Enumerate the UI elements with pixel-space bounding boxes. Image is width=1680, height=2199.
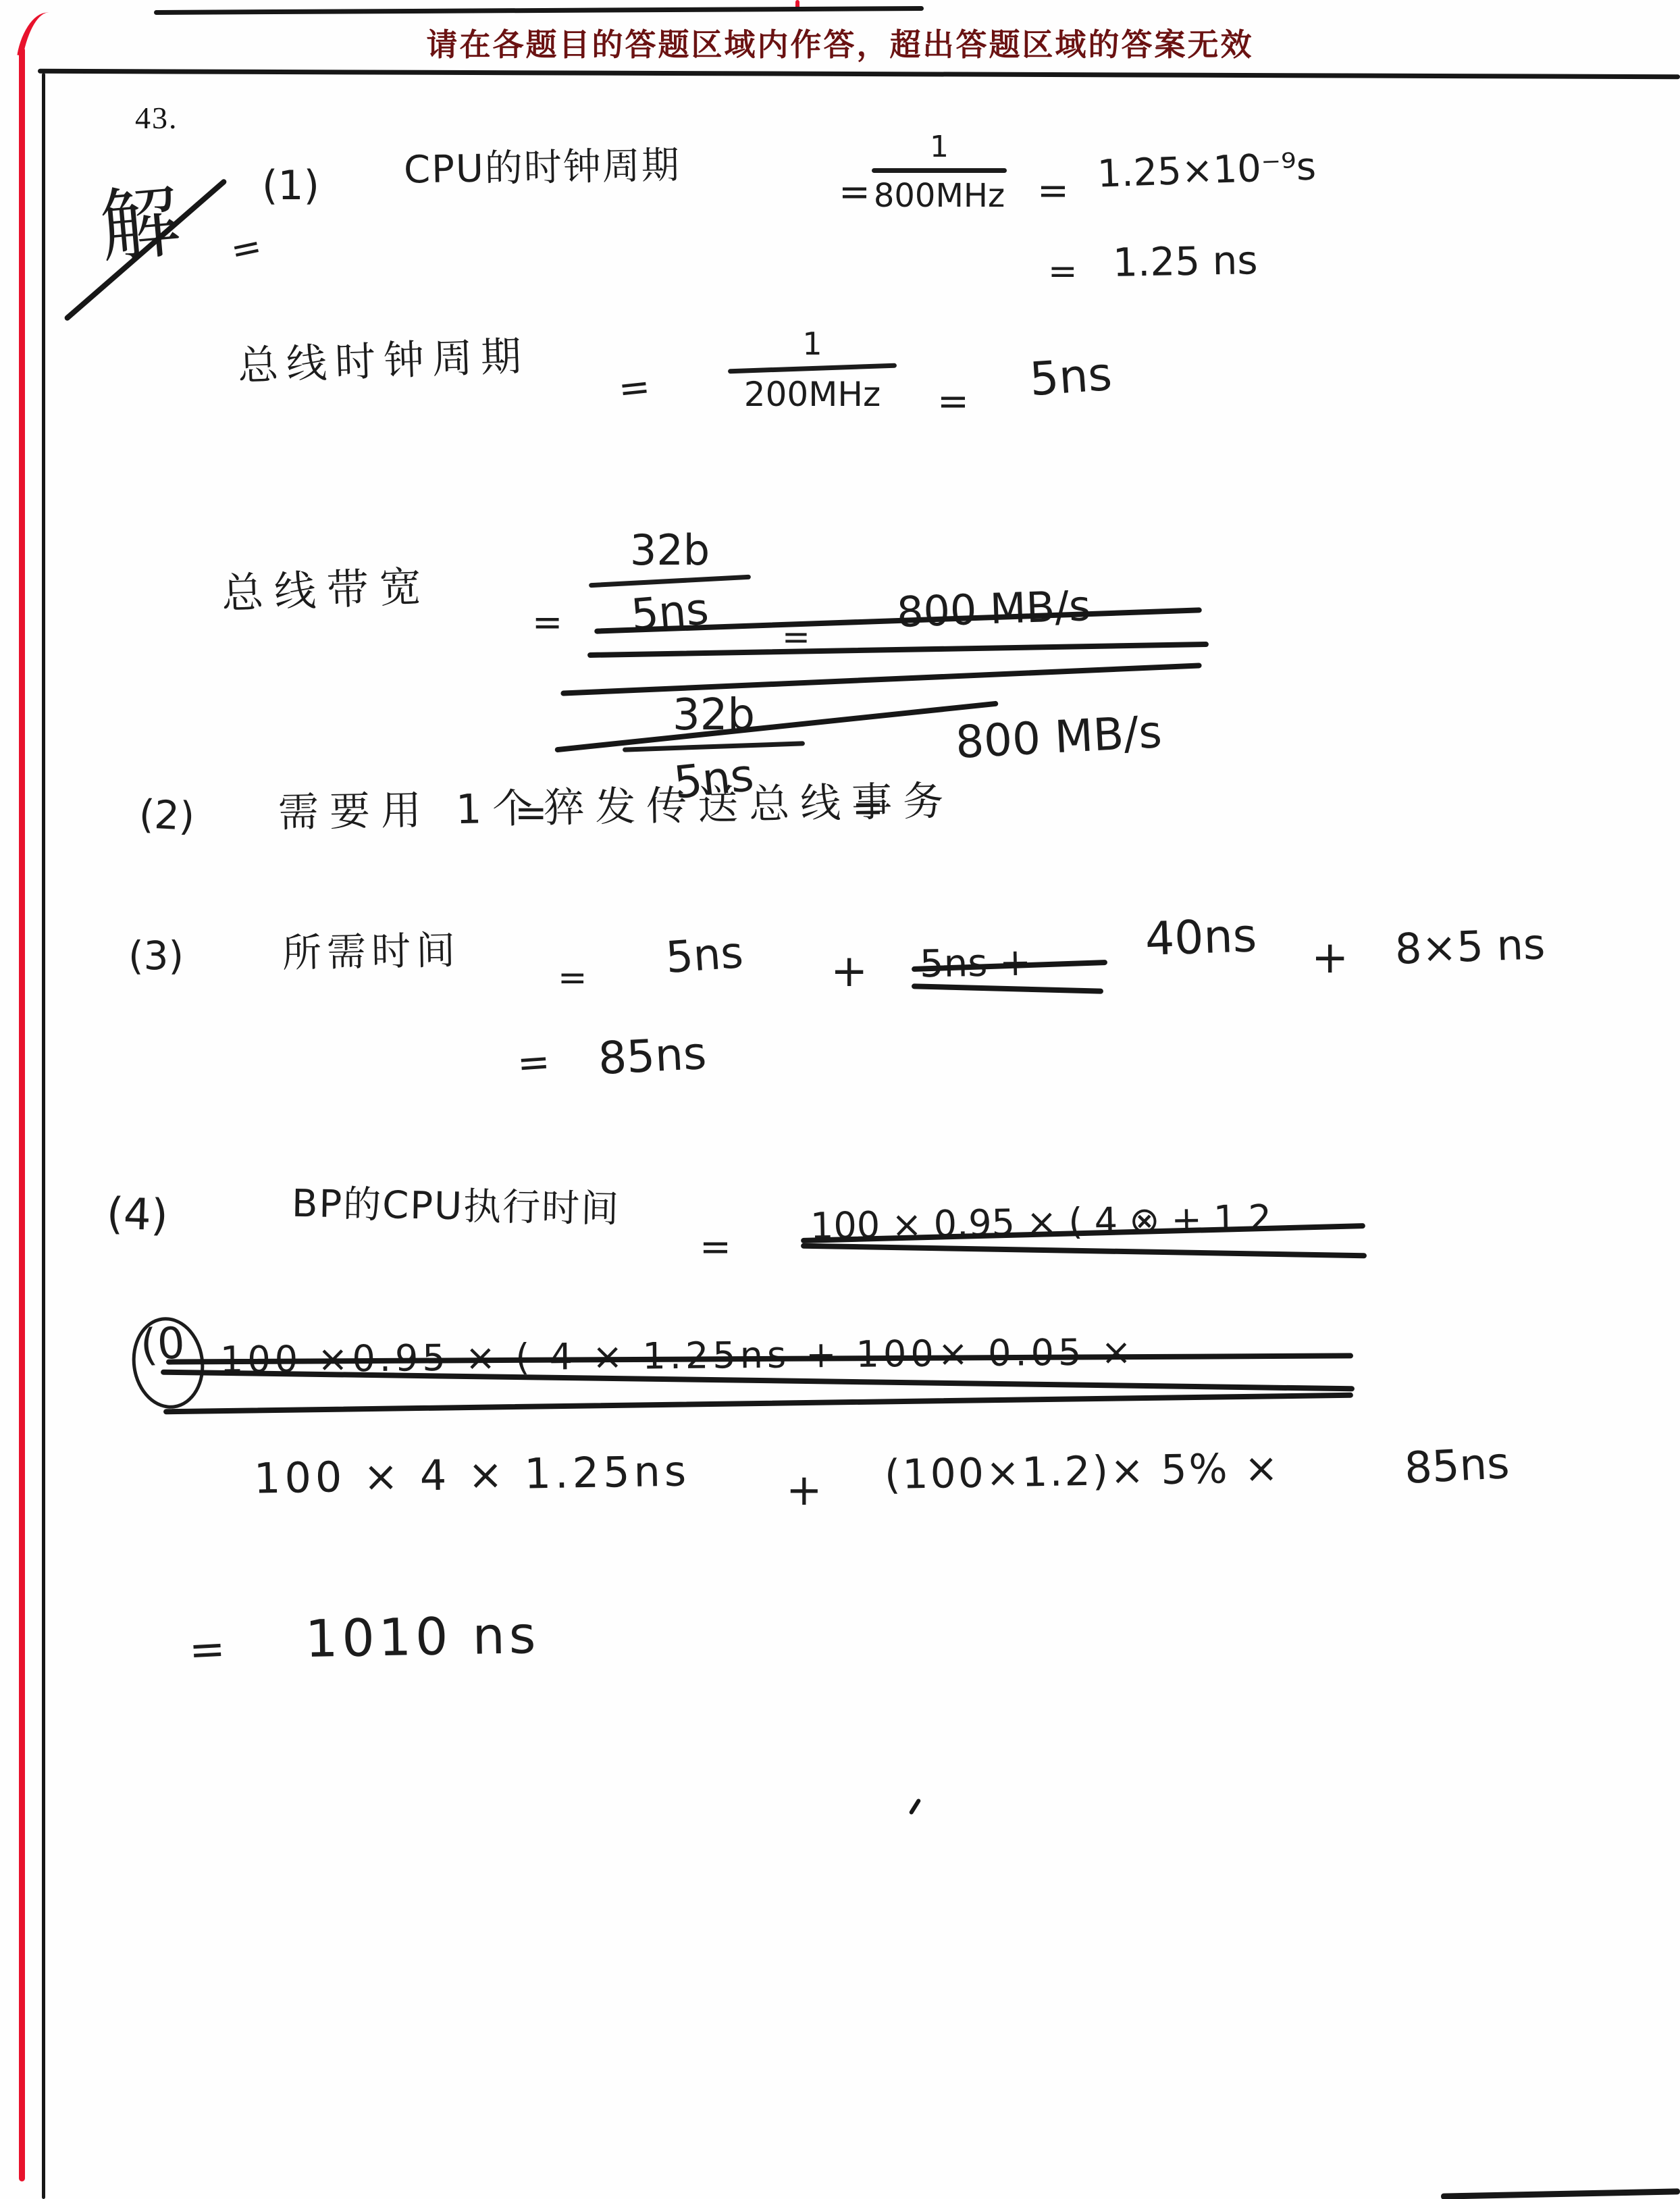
bandwidth-value-struck: 800 MB/s: [896, 583, 1091, 636]
fraction-bar: [728, 363, 897, 374]
part3-value: 85ns: [597, 1029, 708, 1084]
part4-equals-2: =: [188, 1626, 226, 1675]
bus-clock-equals-2: =: [937, 381, 969, 423]
answer-sheet: 请在各题目的答题区域内作答，超出答题区域的答案无效 43. 解 = (1) CP…: [0, 0, 1680, 2199]
part3-term3: 8×5 ns: [1394, 921, 1546, 973]
scratch-out-stroke: [163, 1393, 1353, 1415]
scratch-out-stroke: [912, 983, 1103, 993]
bandwidth-equals: =: [532, 602, 562, 642]
fraction-numerator: 1: [868, 130, 1010, 164]
ink-speck: [909, 1798, 922, 1815]
part4-equals: =: [700, 1226, 731, 1268]
bus-clock-equals: =: [616, 366, 652, 411]
fraction-denominator: 200MHz: [721, 375, 903, 414]
part3-equals-2: =: [516, 1040, 552, 1085]
part3-plus1: +: [831, 947, 868, 996]
part4-term2: (100×1.2)× 5% ×: [884, 1446, 1280, 1497]
fraction-denominator: 5ns: [580, 580, 759, 645]
fraction-numerator: 1: [721, 326, 903, 362]
bandwidth2-value: 800 MB/s: [954, 708, 1163, 767]
red-edge-line: [19, 47, 25, 2181]
scratch-out-stroke: [801, 1243, 1367, 1259]
scratch-out-stroke: [587, 642, 1209, 658]
jie-colon: =: [227, 226, 265, 271]
fraction-denominator: 800MHz: [868, 177, 1010, 215]
top-border-line: [154, 6, 924, 15]
part4-plus: +: [786, 1467, 822, 1514]
fraction-bar: [872, 168, 1007, 173]
part1-value-ns: 1.25 ns: [1112, 239, 1258, 285]
part1-value-scientific: 1.25×10⁻⁹s: [1097, 146, 1317, 195]
part2-label: (2): [138, 793, 195, 839]
header-divider-line: [38, 69, 1680, 79]
part4-term3: 85ns: [1403, 1440, 1511, 1493]
part4-lhs: BP的CPU执行时间: [291, 1183, 620, 1231]
fraction-numerator: 32b: [616, 690, 812, 740]
part3-plus2: +: [1311, 933, 1348, 983]
part3-equals: =: [558, 959, 587, 998]
fraction-bus-clock: 1 200MHz: [721, 326, 903, 414]
bus-clock-value: 5ns: [1028, 350, 1114, 406]
part4-term1: 100 × 4 × 1.25ns: [253, 1448, 690, 1501]
question-number: 43.: [135, 100, 178, 136]
part4-label: (4): [106, 1190, 169, 1240]
part3-term2: 40ns: [1145, 911, 1258, 966]
part3-lhs: 所需时间: [282, 929, 461, 975]
part3-label: (3): [128, 935, 184, 978]
part1-equals-2: =: [1037, 170, 1069, 212]
left-border-line: [42, 73, 45, 2199]
part1-equals-3: =: [1048, 253, 1078, 291]
part4-value: 1010 ns: [305, 1607, 540, 1667]
bottom-border-line: [1441, 2188, 1680, 2199]
part1-label: (1): [262, 163, 319, 208]
fraction-cpu-clock: 1 800MHz: [868, 130, 1010, 215]
part1-equals: =: [839, 172, 870, 213]
part3-term1: 5ns: [664, 929, 745, 982]
fraction-numerator: 32b: [582, 525, 758, 575]
bandwidth-lhs: 总线带宽: [221, 564, 433, 617]
part1-lhs: CPU的时钟周期: [403, 145, 681, 191]
fraction-bandwidth-struck: 32b 5ns: [582, 525, 758, 638]
bus-clock-lhs: 总线时钟周期: [237, 334, 530, 388]
header-notice-text: 请在各题目的答题区域内作答，超出答题区域的答案无效: [0, 20, 1680, 65]
